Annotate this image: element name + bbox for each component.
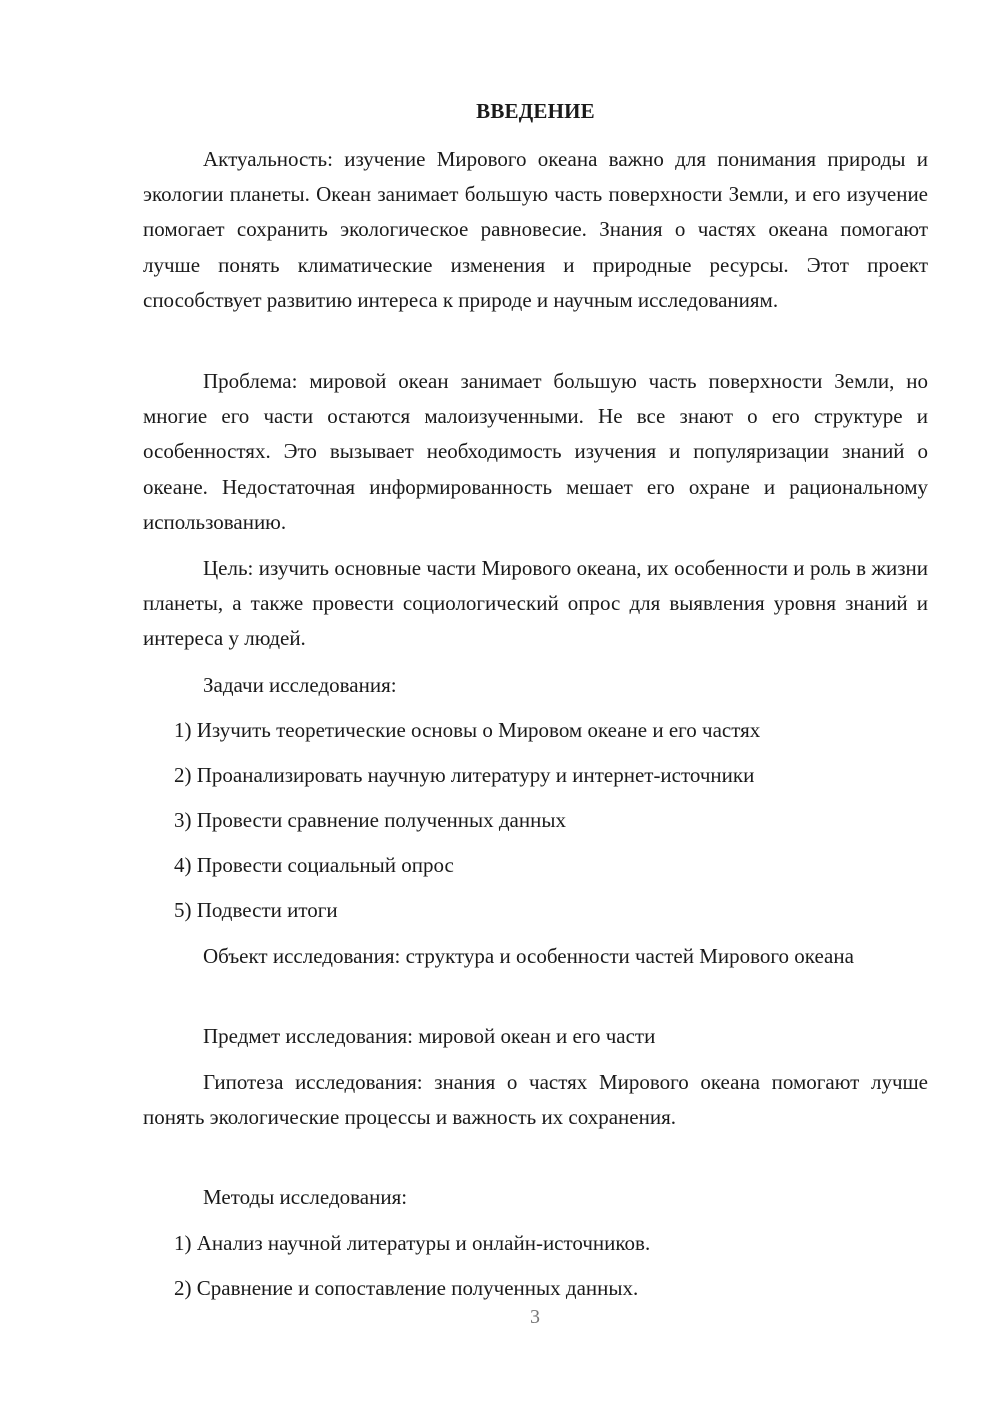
task-item: 2) Проанализировать научную литературу и… <box>174 760 754 790</box>
problem-paragraph: Проблема: мировой океан занимает большую… <box>143 364 928 540</box>
task-item: 4) Провести социальный опрос <box>174 850 454 880</box>
task-item: 1) Изучить теоретические основы о Мирово… <box>174 715 760 745</box>
methods-label: Методы исследования: <box>203 1182 407 1212</box>
section-heading: ВВЕДЕНИЕ <box>143 96 928 126</box>
subject-paragraph: Предмет исследования: мировой океан и ег… <box>203 1021 655 1051</box>
method-item: 1) Анализ научной литературы и онлайн-ис… <box>174 1228 650 1258</box>
task-item: 3) Провести сравнение полученных данных <box>174 805 566 835</box>
hypothesis-paragraph: Гипотеза исследования: знания о частях М… <box>143 1065 928 1135</box>
relevance-paragraph: Актуальность: изучение Мирового океана в… <box>143 142 928 318</box>
goal-paragraph: Цель: изучить основные части Мирового ок… <box>143 551 928 657</box>
task-item: 5) Подвести итоги <box>174 895 338 925</box>
object-paragraph: Объект исследования: структура и особенн… <box>143 939 928 974</box>
method-item: 2) Сравнение и сопоставление полученных … <box>174 1273 638 1303</box>
tasks-label: Задачи исследования: <box>203 670 397 700</box>
page-number: 3 <box>500 1306 570 1329</box>
